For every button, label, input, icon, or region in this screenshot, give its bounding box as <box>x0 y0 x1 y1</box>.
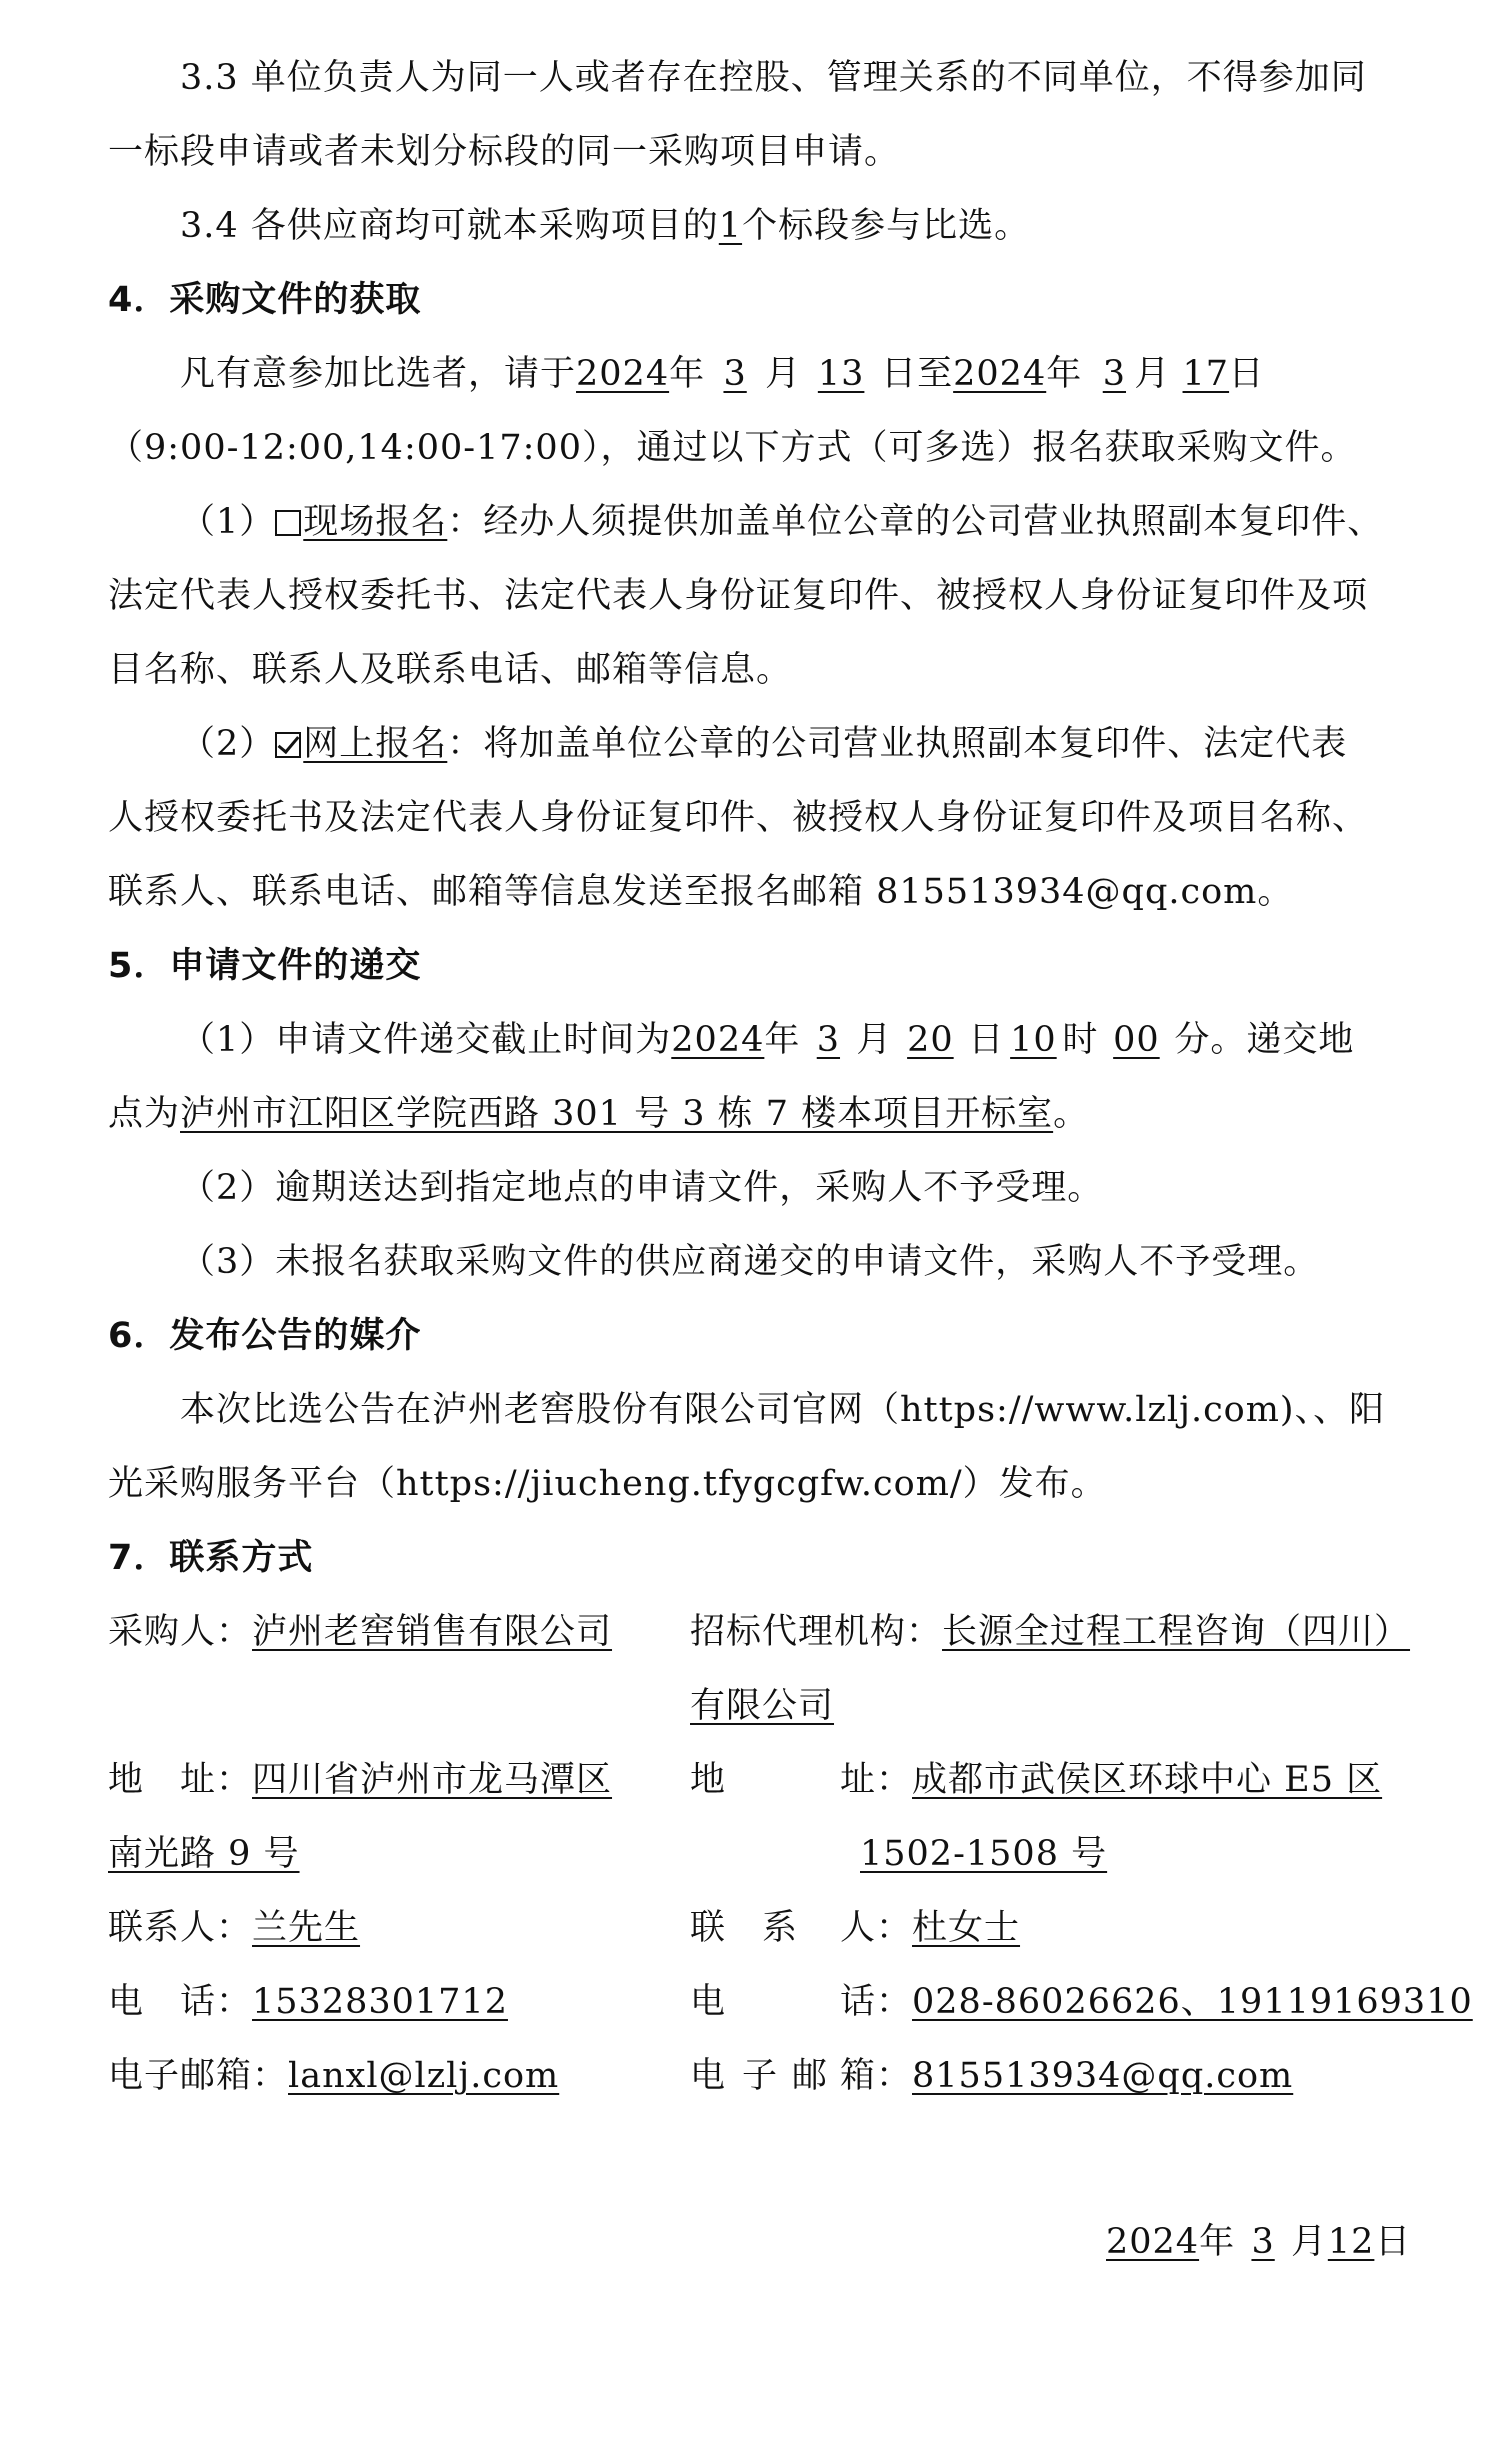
purchaser-name-row: 采购人：泸州老窖销售有限公司 <box>108 1602 612 1662</box>
purchaser-phone-row: 电 话：15328301712 <box>108 1972 508 2032</box>
text: （1）申请文件递交截止时间为 <box>180 1020 671 1060</box>
agency-name-line-2: 有限公司 <box>690 1686 834 1726</box>
text: 日 <box>968 1020 1004 1060</box>
acquisition-period-line: 凡有意参加比选者，请于2024年3月13日至2024年 3月 17日 <box>180 344 1265 404</box>
agency-name-row-2: 有限公司 <box>690 1676 834 1736</box>
agency-address-row-2: 1502-1508 号 <box>860 1824 1107 1884</box>
paragraph-3-3-line-2: 一标段申请或者未划分标段的同一采购项目申请。 <box>108 122 900 182</box>
purchaser-email[interactable]: lanxl@lzlj.com <box>288 2056 559 2096</box>
agency-address-line-2: 1502-1508 号 <box>860 1834 1107 1874</box>
text: 分。递交地 <box>1174 1020 1354 1060</box>
deadline-month: 3 <box>800 1010 856 1070</box>
paragraph-3-3-line-1: 3.3 单位负责人为同一人或者存在控股、管理关系的不同单位，不得参加同 <box>180 48 1367 108</box>
text: 月 <box>1134 354 1170 394</box>
agency-name-line-1: 长源全过程工程咨询（四川） <box>942 1612 1410 1652</box>
agency-address-row: 地址：成都市武侯区环球中心 E5 区 <box>690 1750 1382 1810</box>
option-onsite-line-1: （1）现场报名：经办人须提供加盖单位公章的公司营业执照副本复印件、 <box>180 492 1383 552</box>
text: 月 <box>765 354 801 394</box>
onsite-registration-option[interactable]: 现场报名 <box>275 502 447 542</box>
text: 年 <box>669 354 705 394</box>
agency-email-row: 电子邮箱：815513934@qq.com <box>690 2046 1293 2106</box>
label: 址： <box>840 1760 912 1800</box>
deadline-line-1: （1）申请文件递交截止时间为2024年3月20日10时00分。递交地 <box>180 1010 1354 1070</box>
option-onsite-line-2: 法定代表人授权委托书、法定代表人身份证复印件、被授权人身份证复印件及项 <box>108 566 1368 626</box>
text: 3.4 各供应商均可就本采购项目的 <box>180 206 719 246</box>
label: 电 <box>690 2046 742 2106</box>
label: 联系人： <box>108 1908 252 1948</box>
label: 电 话： <box>108 1982 252 2022</box>
text: 个标段参与比选。 <box>742 206 1030 246</box>
text: （9:00-12:00,14:00-17:00），通过以下方式（可多选）报名获取… <box>108 428 1356 468</box>
purchaser-address-line-1: 四川省泸州市龙马潭区 <box>252 1760 612 1800</box>
label: 系 <box>762 1898 840 1958</box>
online-registration-option[interactable]: 网上报名 <box>275 724 447 764</box>
text: 一标段申请或者未划分标段的同一采购项目申请。 <box>108 132 900 172</box>
end-year: 2024 <box>953 354 1046 394</box>
agency-address-line-1: 成都市武侯区环球中心 E5 区 <box>912 1760 1382 1800</box>
label: 地 <box>690 1750 840 1810</box>
purchaser-address-line-2: 南光路 9 号 <box>108 1834 300 1874</box>
text: 年 <box>764 1020 800 1060</box>
text: （1） <box>180 502 275 542</box>
text: 法定代表人授权委托书、法定代表人身份证复印件、被授权人身份证复印件及项 <box>108 576 1368 616</box>
deadline-year: 2024 <box>671 1020 764 1060</box>
lot-count: 1 <box>719 206 742 246</box>
purchaser-contact-row: 联系人：兰先生 <box>108 1898 360 1958</box>
purchaser-phone: 15328301712 <box>252 1982 508 2022</box>
purchaser-email-row: 电子邮箱：lanxl@lzlj.com <box>108 2046 559 2106</box>
section-4-heading: 4．采购文件的获取 <box>108 270 421 330</box>
section-5-heading: 5．申请文件的递交 <box>108 936 421 996</box>
label: 子 <box>742 2046 792 2106</box>
onsite-checkbox-icon[interactable] <box>275 510 301 536</box>
agency-contact: 杜女士 <box>912 1908 1020 1948</box>
text: 3.3 单位负责人为同一人或者存在控股、管理关系的不同单位，不得参加同 <box>180 58 1367 98</box>
section-6-heading: 6．发布公告的媒介 <box>108 1306 421 1366</box>
media-line-1: 本次比选公告在泸州老窖股份有限公司官网（https://www.lzlj.com… <box>180 1380 1385 1440</box>
text: ：将加盖单位公章的公司营业执照副本复印件、法定代表 <box>447 724 1347 764</box>
purchaser-address-row: 地 址：四川省泸州市龙马潭区 <box>108 1750 612 1810</box>
deadline-hour: 10 <box>1004 1010 1062 1070</box>
text: （2）逾期送达到指定地点的申请文件，采购人不予受理。 <box>180 1168 1103 1208</box>
text: （3）未报名获取采购文件的供应商递交的申请文件，采购人不予受理。 <box>180 1242 1319 1282</box>
start-day: 13 <box>801 344 881 404</box>
unregistered-rule: （3）未报名获取采购文件的供应商递交的申请文件，采购人不予受理。 <box>180 1232 1319 1292</box>
text: 月 <box>1291 2222 1327 2262</box>
heading-text: 4．采购文件的获取 <box>108 280 421 320</box>
paragraph-3-4: 3.4 各供应商均可就本采购项目的1个标段参与比选。 <box>180 196 1030 256</box>
label: 邮 <box>792 2046 840 2106</box>
text: ：经办人须提供加盖单位公章的公司营业执照副本复印件、 <box>447 502 1383 542</box>
text: 月 <box>856 1020 892 1060</box>
label: 箱： <box>840 2056 912 2096</box>
start-year: 2024 <box>576 354 669 394</box>
start-month: 3 <box>705 344 765 404</box>
media-line-2: 光采购服务平台（https://jiucheng.tfygcgfw.com/）发… <box>108 1454 1107 1514</box>
deadline-minute: 00 <box>1098 1010 1174 1070</box>
text: 目名称、联系人及联系电话、邮箱等信息。 <box>108 650 792 690</box>
text: 人授权委托书及法定代表人身份证复印件、被授权人身份证复印件及项目名称、 <box>108 798 1368 838</box>
late-submission-rule: （2）逾期送达到指定地点的申请文件，采购人不予受理。 <box>180 1158 1103 1218</box>
label: 电子邮箱： <box>108 2056 288 2096</box>
text: （2） <box>180 724 275 764</box>
online-checkbox-checked-icon[interactable] <box>275 732 301 758</box>
text: 凡有意参加比选者，请于 <box>180 354 576 394</box>
label: 人： <box>840 1908 912 1948</box>
heading-text: 6．发布公告的媒介 <box>108 1316 421 1356</box>
label: 电 <box>690 1972 840 2032</box>
label: 话： <box>840 1982 912 2022</box>
agency-name-row: 招标代理机构：长源全过程工程咨询（四川） <box>690 1602 1410 1662</box>
date-month: 3 <box>1235 2212 1291 2272</box>
end-day: 17 <box>1183 344 1229 404</box>
option-label: 网上报名 <box>303 724 447 764</box>
section-7-heading: 7．联系方式 <box>108 1528 313 1588</box>
option-online-line-2: 人授权委托书及法定代表人身份证复印件、被授权人身份证复印件及项目名称、 <box>108 788 1368 848</box>
purchaser-contact: 兰先生 <box>252 1908 360 1948</box>
agency-phone-row: 电话：028-86026626、19119169310 <box>690 1972 1473 2032</box>
label: 采购人： <box>108 1612 252 1652</box>
purchaser-name: 泸州老窖销售有限公司 <box>252 1612 612 1652</box>
end-month: 3 <box>1094 344 1134 404</box>
heading-text: 5．申请文件的递交 <box>108 946 421 986</box>
option-onsite-line-3: 目名称、联系人及联系电话、邮箱等信息。 <box>108 640 792 700</box>
text: 光采购服务平台（https://jiucheng.tfygcgfw.com/）发… <box>108 1464 1107 1504</box>
text: 年 <box>1046 354 1082 394</box>
agency-email[interactable]: 815513934@qq.com <box>912 2056 1293 2096</box>
text: 联系人、联系电话、邮箱等信息发送至报名邮箱 815513934@qq.com。 <box>108 872 1293 912</box>
heading-text: 7．联系方式 <box>108 1538 313 1578</box>
text: 年 <box>1199 2222 1235 2262</box>
text: 本次比选公告在泸州老窖股份有限公司官网（https://www.lzlj.com… <box>180 1390 1385 1430</box>
text: 日 <box>1375 2222 1411 2262</box>
deadline-line-2: 点为泸州市江阳区学院西路 301 号 3 栋 7 楼本项目开标室。 <box>108 1084 1089 1144</box>
acquisition-hours-line: （9:00-12:00,14:00-17:00），通过以下方式（可多选）报名获取… <box>108 418 1356 478</box>
date-day: 12 <box>1327 2212 1375 2272</box>
text: 日至 <box>881 354 953 394</box>
signature-date: 2024年3月12日 <box>1106 2212 1411 2272</box>
agency-contact-row: 联系人：杜女士 <box>690 1898 1020 1958</box>
option-label: 现场报名 <box>303 502 447 542</box>
purchaser-address-row-2: 南光路 9 号 <box>108 1824 300 1884</box>
agency-phone: 028-86026626、19119169310 <box>912 1982 1473 2022</box>
deadline-day: 20 <box>892 1010 968 1070</box>
option-online-line-1: （2）网上报名：将加盖单位公章的公司营业执照副本复印件、法定代表 <box>180 714 1347 774</box>
date-year: 2024 <box>1106 2222 1199 2262</box>
text: 日 <box>1229 354 1265 394</box>
label: 地 址： <box>108 1760 252 1800</box>
text: 。 <box>1053 1094 1089 1134</box>
option-online-line-3: 联系人、联系电话、邮箱等信息发送至报名邮箱 815513934@qq.com。 <box>108 862 1293 922</box>
text: 时 <box>1062 1020 1098 1060</box>
text: 点为 <box>108 1094 180 1134</box>
label: 招标代理机构： <box>690 1612 942 1652</box>
label: 联 <box>690 1898 762 1958</box>
submission-address: 泸州市江阳区学院西路 301 号 3 栋 7 楼本项目开标室 <box>180 1094 1053 1134</box>
